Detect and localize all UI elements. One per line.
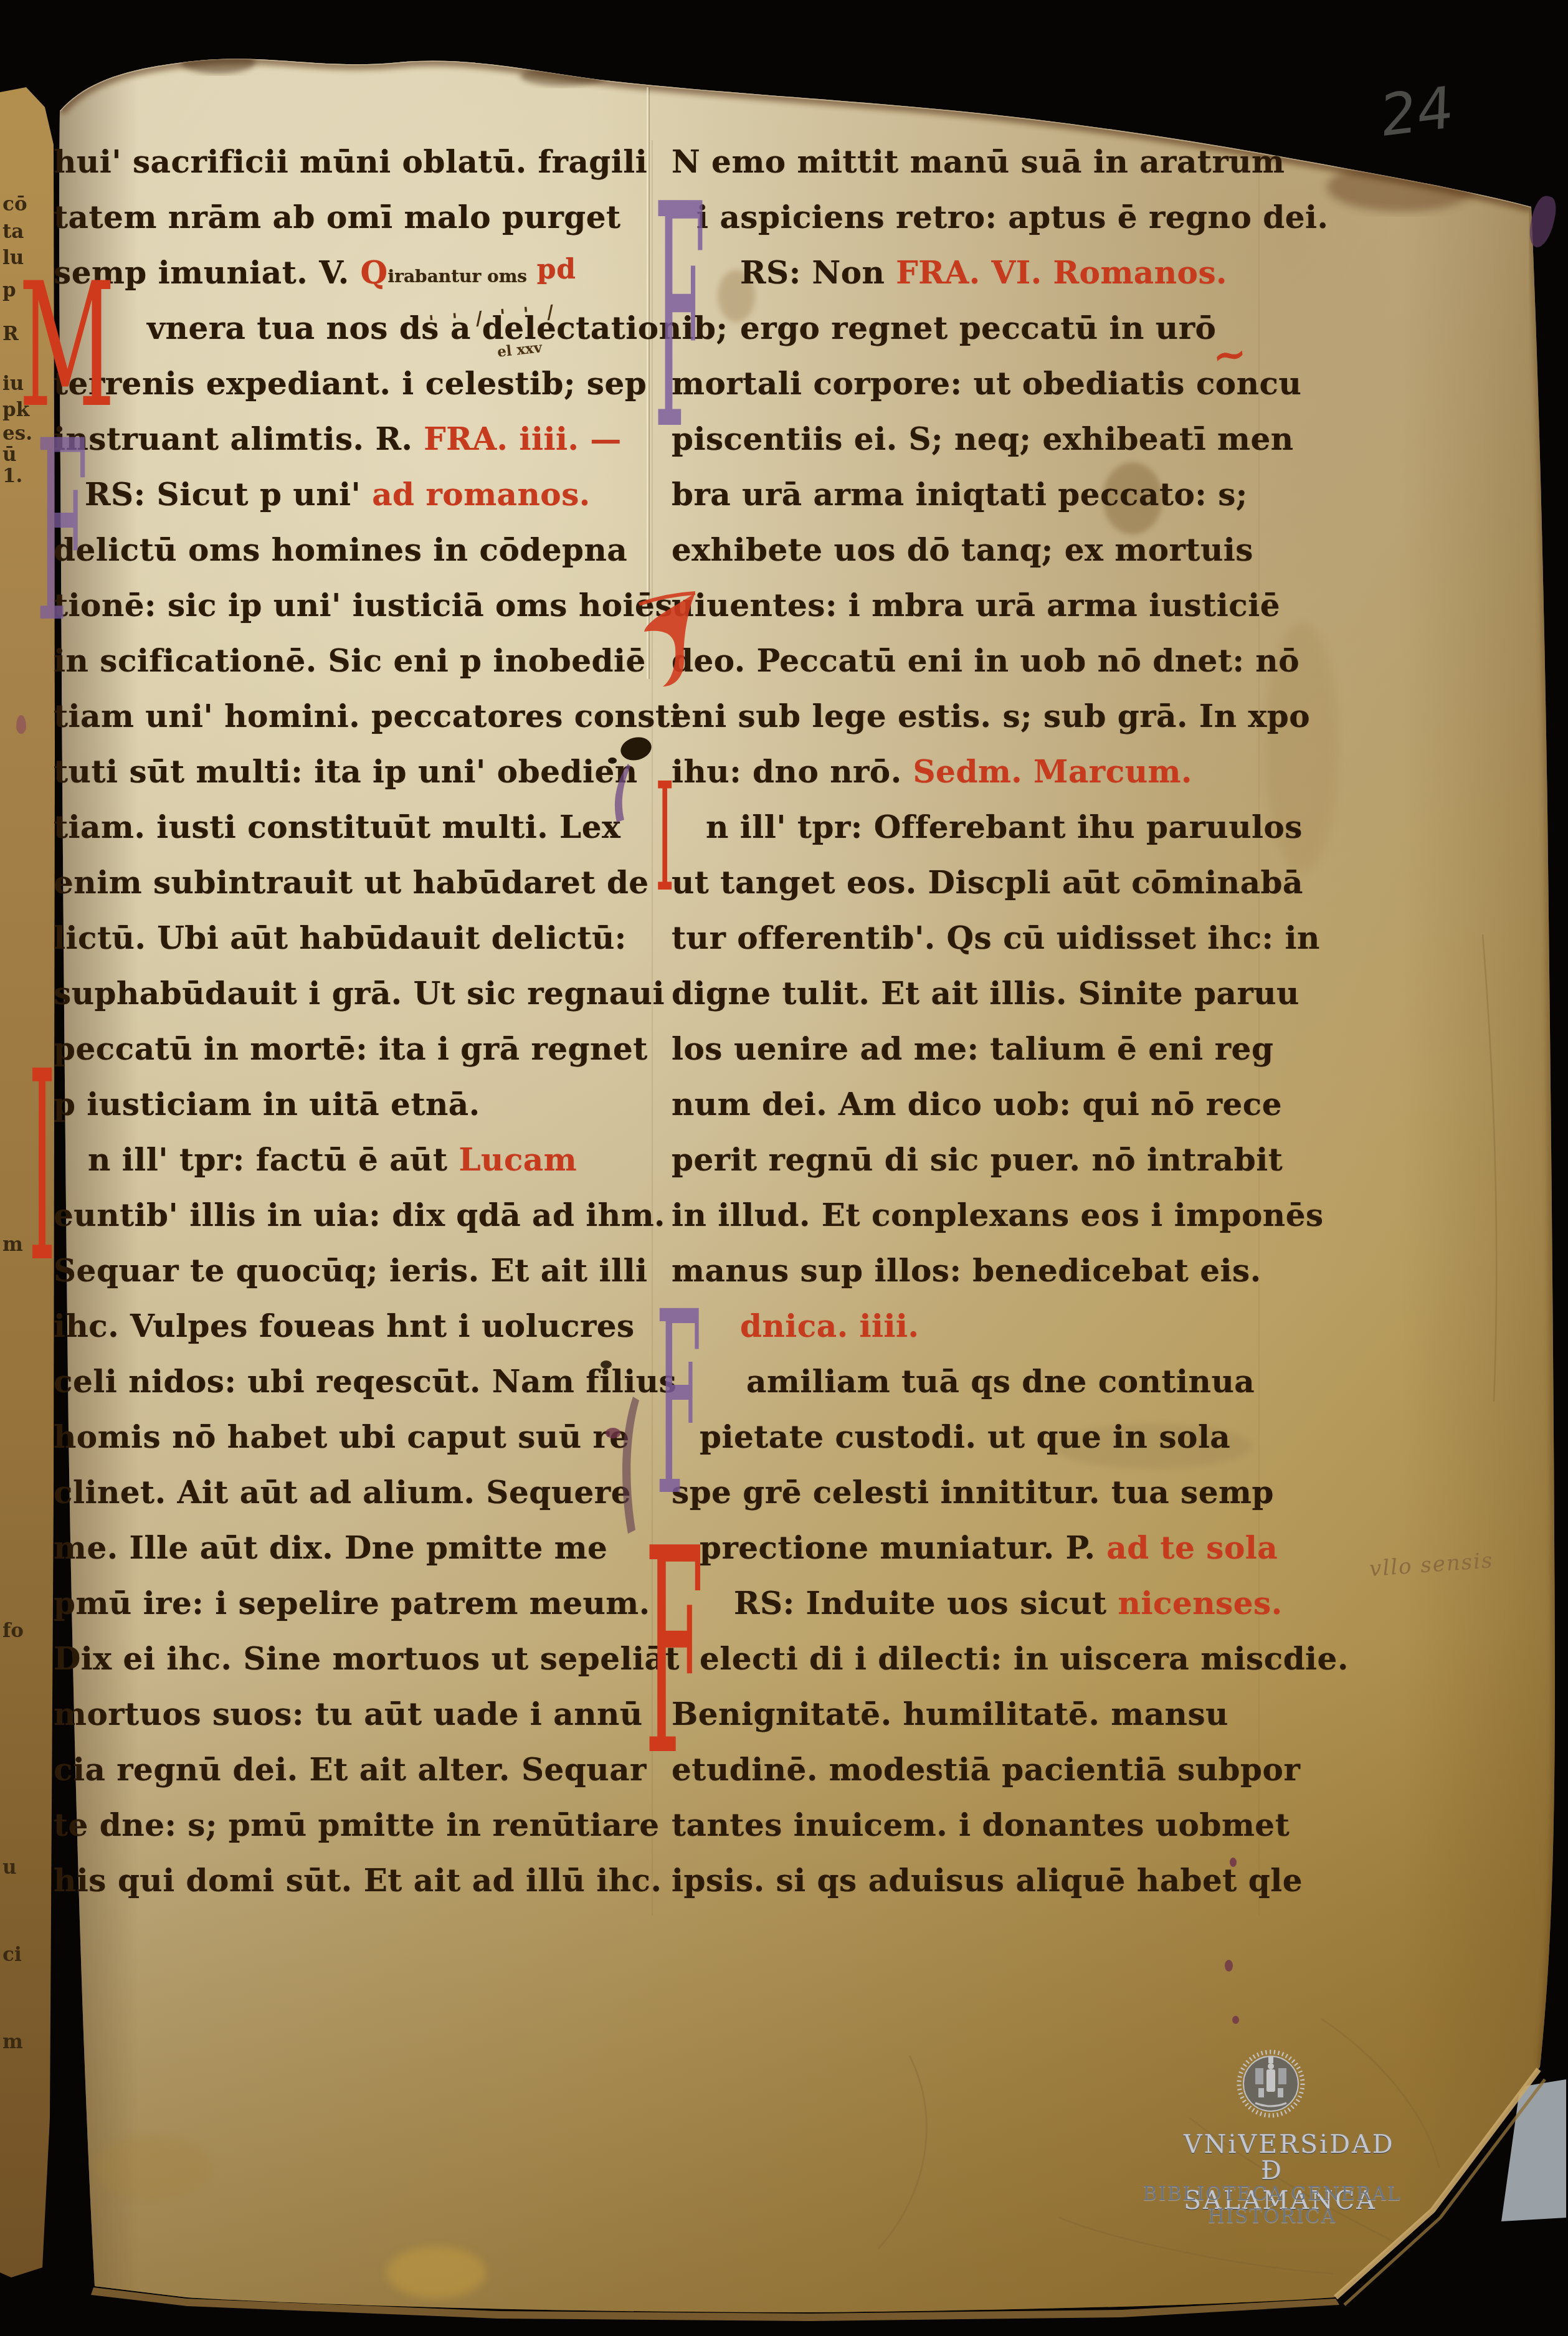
text-segment: RS: Induite uos sicut [734, 1585, 1118, 1621]
text-segment: ut tanget eos. Discpli aūt cōminabā [672, 864, 1303, 901]
text-segment: tuti sūt multi: ita ip uni' obedien [54, 753, 638, 790]
drop-initial: F [656, 1307, 701, 1504]
text-segment: p iusticiam in uitā etnā. [54, 1086, 480, 1123]
text-line: Sequar te quocūq; ieris. Et ait illi [54, 1243, 647, 1298]
text-segment: pmū ire: i sepelire patrem meum. [54, 1585, 650, 1621]
margin-mark [16, 715, 26, 734]
text-segment: tionē: sic ip uni' iusticiā oms hoiēs [54, 587, 673, 624]
text-line: in illud. Et conplexans eos i imponēs [672, 1187, 1272, 1243]
text-line: tatem nrām ab omī malo purget [54, 189, 647, 245]
text-line: euntib' illis in uia: dix qdā ad ihm. [54, 1187, 647, 1243]
ink-dot [601, 1360, 612, 1369]
text-line: bra urā arma iniqtati peccato: s; [672, 467, 1272, 522]
text-segment: mortali corpore: ut obediatis concu [672, 365, 1301, 402]
purple-comma-mark [609, 762, 632, 825]
gutter-text-fragment: m [2, 1233, 23, 1256]
text-segment: RS: Sicut p uni' [85, 476, 372, 513]
text-segment: ergo regnet peccatū in urō [740, 310, 1216, 346]
text-segment: delictū oms homines in cōdepna [54, 531, 627, 568]
gutter-text-fragment: m [2, 2031, 23, 2053]
text-segment: in illud. Et conplexans eos i imponēs [672, 1197, 1324, 1233]
text-segment: n ill' tpr: Offerebant ihu paruulos [706, 809, 1303, 845]
text-segment: piscentiis ei. S; neq; exhibeatī men [672, 420, 1294, 457]
text-segment: ihc. Vulpes foueas hnt i uolucres [54, 1308, 635, 1344]
text-segment: num dei. Am dico uob: qui nō rece [672, 1086, 1282, 1123]
text-line: electi di i dilecti: in uiscera miscdie. [672, 1631, 1272, 1686]
text-line: me. Ille aūt dix. Dne pmitte me [54, 1520, 647, 1575]
text-line: tantes inuicem. i donantes uobmet [672, 1797, 1272, 1853]
text-segment: ad romanos. [372, 476, 591, 513]
gutter-text-fragment: cō [2, 193, 27, 216]
text-line: piscentiis ei. S; neq; exhibeatī men [672, 411, 1272, 467]
manuscript-photo: cōtalupRiupkes.ū1.mfoucim hui' sacrifici… [0, 0, 1568, 2336]
text-segment: lictū. Ubi aūt habūdauit delictū: [54, 919, 627, 956]
text-line: peccatū in mortē: ita i grā regnet [54, 1021, 647, 1076]
text-segment: hui' sacrificii mūni oblatū. fragili [54, 143, 647, 180]
margin-dot [1225, 1960, 1233, 1972]
text-segment: suphabūdauit i grā. Ut sic regnaui [54, 975, 665, 1012]
text-line: Dix ei ihc. Sine mortuos ut sepeliāt [54, 1631, 647, 1686]
text-segment: uiuentes: i mbra urā arma iusticiē [672, 587, 1280, 624]
text-segment: clinet. Ait aūt ad alium. Sequere [54, 1474, 631, 1511]
text-segment: Benignitatē. humilitatē. mansu [672, 1696, 1228, 1732]
text-line: num dei. Am dico uob: qui nō rece [672, 1076, 1272, 1132]
text-line: p iusticiam in uitā etnā. [54, 1076, 647, 1132]
text-line: los uenire ad me: talium ē eni reg [672, 1021, 1272, 1076]
drop-initial: F [36, 436, 88, 630]
text-line: digne tulit. Et ait illis. Sinite paruu [672, 966, 1272, 1021]
text-line: perit regnū di sic puer. nō intrabit [672, 1132, 1272, 1187]
text-line: RS: Non FRA. VI. Romanos. [672, 245, 1272, 300]
text-segment: terrenis expediant. i celestib; sep [54, 365, 647, 402]
text-segment: pd [527, 254, 576, 285]
drop-initial: F [654, 198, 705, 439]
watermark-university-name: VNiVERSiDAD [1184, 2129, 1361, 2159]
text-line: i aspiciens retro: aptus ē regno dei. [672, 189, 1272, 245]
purple-crescent-mark [617, 1395, 642, 1536]
text-segment: los uenire ad me: talium ē eni reg [672, 1030, 1273, 1067]
text-line: tionē: sic ip uni' iusticiā oms hoiēs [54, 577, 647, 633]
text-segment: eni sub lege estis. s; sub grā. In xpo [672, 698, 1310, 734]
text-segment: perit regnū di sic puer. nō intrabit [672, 1141, 1283, 1178]
text-segment: RS: Non [740, 254, 896, 291]
margin-dot [1232, 2016, 1239, 2024]
text-segment: peccatū in mortē: ita i grā regnet [54, 1030, 648, 1067]
text-segment: euntib' illis in uia: dix qdā ad ihm. [54, 1197, 665, 1233]
text-line: ihc. Vulpes foueas hnt i uolucres [54, 1298, 647, 1354]
text-segment: mortuos suos: tu aūt uade i annū [54, 1696, 643, 1732]
text-line: cia regnū dei. Et ait alter. Sequar [54, 1742, 647, 1797]
text-segment: i aspiciens retro: aptus ē regno dei. [696, 199, 1328, 235]
text-segment: celi nidos: ubi reqescūt. Nam filius [54, 1363, 677, 1400]
folio-number: 24 [1380, 74, 1455, 150]
text-segment: N emo mittit manū suā in aratrum [672, 143, 1285, 180]
text-segment: te dne: s; pmū pmitte in renūtiare [54, 1807, 659, 1843]
gutter-text-fragment: p [2, 279, 16, 301]
gutter-text-fragment: fo [2, 1620, 24, 1642]
text-line: Benignitatē. humilitatē. mansu [672, 1686, 1272, 1742]
text-segment: Q [361, 254, 388, 291]
text-line: N emo mittit manū suā in aratrum [672, 134, 1272, 189]
text-segment: tiam. iusti constituūt multi. Lex [54, 809, 620, 845]
text-line: his qui domi sūt. Et ait ad illū ihc. [54, 1853, 647, 1908]
text-line: exhibete uos dō tanq; ex mortuis [672, 522, 1272, 577]
text-line: pmū ire: i sepelire patrem meum. [54, 1575, 647, 1631]
text-segment: manus sup illos: benedicebat eis. [672, 1252, 1262, 1289]
text-segment: spe grē celesti innititur. tua semp [672, 1474, 1274, 1511]
text-line: homis nō habet ubi caput suū re [54, 1409, 647, 1465]
text-line: ihu: dno nrō. Sedm. Marcum. [672, 744, 1272, 799]
text-segment: enim subintrauit ut habūdaret de [54, 864, 649, 901]
margin-dot [1230, 1858, 1237, 1867]
right-text-column: N emo mittit manū suā in aratrumi aspici… [672, 134, 1272, 1908]
text-line: tiam. iusti constituūt multi. Lex [54, 799, 647, 855]
text-line: hui' sacrificii mūni oblatū. fragili [54, 134, 647, 189]
university-seal-icon [1237, 2049, 1305, 2118]
text-segment: nicenses. [1118, 1585, 1283, 1621]
text-line: pietate custodi. ut que in sola [672, 1409, 1272, 1465]
text-line: eni sub lege estis. s; sub grā. In xpo [672, 688, 1272, 744]
text-line: etudinē. modestiā pacientiā subpor [672, 1742, 1272, 1797]
text-segment: prectione muniatur. P. [700, 1529, 1106, 1566]
text-segment: FRA. iiii. — [424, 420, 621, 457]
text-segment: homis nō habet ubi caput suū re [54, 1418, 630, 1455]
text-line: deo. Peccatū eni in uob nō dnet: nō [672, 633, 1272, 688]
text-segment: etudinē. modestiā pacientiā subpor [672, 1751, 1300, 1788]
text-line: ipsis. si qs aduisus aliquē habet qle [672, 1853, 1272, 1908]
text-line: tur offerentib'. Qs cū uidisset ihc: in [672, 910, 1272, 966]
text-segment: Sequar te quocūq; ieris. Et ait illi [54, 1252, 648, 1289]
drop-initial: F [645, 1544, 704, 1765]
text-segment: pietate custodi. ut que in sola [700, 1418, 1230, 1455]
text-line: semp imuniat. V. Qirabantur oms pd [54, 245, 647, 300]
text-line: terrenis expediant. i celestib; sep [54, 356, 647, 411]
text-line: manus sup illos: benedicebat eis. [672, 1243, 1272, 1298]
text-segment: Dix ei ihc. Sine mortuos ut sepeliāt [54, 1640, 680, 1677]
text-segment: tur offerentib'. Qs cū uidisset ihc: in [672, 919, 1320, 956]
text-line: delictū oms homines in cōdepna [54, 522, 647, 577]
text-segment: ad te sola [1106, 1529, 1278, 1566]
text-segment: in scificationē. Sic eni p inobediē [54, 642, 646, 679]
text-line: clinet. Ait aūt ad alium. Sequere [54, 1465, 647, 1520]
text-line: ut tanget eos. Discpli aūt cōminabā [672, 855, 1272, 910]
text-line: mortali corpore: ut obediatis concu [672, 356, 1272, 411]
watermark-library-name: BIBLIOTECA GENERAL HISTÓRICA [1098, 2183, 1447, 2228]
gutter-text-fragment: ū [2, 444, 17, 466]
text-line: RS: Sicut p uni' ad romanos. [54, 467, 647, 522]
text-line: amiliam tuā qs dne continua [672, 1354, 1272, 1409]
left-text-column: hui' sacrificii mūni oblatū. fragilitate… [54, 134, 647, 1908]
text-segment: tatem nrām ab omī malo purget [54, 199, 621, 235]
text-line: suphabūdauit i grā. Ut sic regnaui [54, 966, 647, 1021]
text-segment: electi di i dilecti: in uiscera miscdie. [700, 1640, 1349, 1677]
text-line: te dne: s; pmū pmitte in renūtiare [54, 1797, 647, 1853]
text-segment: tantes inuicem. i donantes uobmet [672, 1807, 1290, 1843]
gutter-text-fragment: ta [2, 221, 24, 243]
text-segment: tiam uni' homini. peccatores consti [54, 698, 682, 734]
text-line: lictū. Ubi aūt habūdauit delictū: [54, 910, 647, 966]
text-segment: deo. Peccatū eni in uob nō dnet: nō [672, 642, 1300, 679]
text-line: prectione muniatur. P. ad te sola [672, 1520, 1272, 1575]
gutter-text-fragment: R [2, 323, 19, 345]
gutter-text-fragment: 1. [2, 465, 22, 487]
text-line: tuti sūt multi: ita ip uni' obedien [54, 744, 647, 799]
text-segment: me. Ille aūt dix. Dne pmitte me [54, 1529, 607, 1566]
text-line: mortuos suos: tu aūt uade i annū [54, 1686, 647, 1742]
text-line: ergo regnet peccatū in urō [672, 300, 1272, 356]
gutter-text-fragment: u [2, 1856, 17, 1879]
text-segment: Lucam [459, 1141, 577, 1178]
text-line: n ill' tpr: Offerebant ihu paruulos [672, 799, 1272, 855]
text-segment: dnica. iiii. [740, 1308, 919, 1344]
text-segment: exhibete uos dō tanq; ex mortuis [672, 531, 1253, 568]
text-segment: cia regnū dei. Et ait alter. Sequar [54, 1751, 647, 1788]
text-line: uiuentes: i mbra urā arma iusticiē [672, 577, 1272, 633]
text-line: enim subintrauit ut habūdaret de [54, 855, 647, 910]
drop-initial: I [29, 1066, 55, 1271]
text-segment: n ill' tpr: factū ē aūt [88, 1141, 459, 1178]
text-segment: FRA. VI. Romanos. [896, 254, 1227, 291]
text-line: in scificationē. Sic eni p inobediē [54, 633, 647, 688]
text-segment: digne tulit. Et ait illis. Sinite paruu [672, 975, 1300, 1012]
text-segment: ihu: dno nrō. [672, 753, 913, 790]
text-segment: bra urā arma iniqtati peccato: s; [672, 476, 1248, 513]
text-segment: ipsis. si qs aduisus aliquē habet qle [672, 1862, 1303, 1899]
text-segment: irabantur oms [388, 266, 527, 287]
drop-initial: I [655, 780, 674, 896]
text-segment: amiliam tuā qs dne continua [746, 1363, 1255, 1400]
interlinear-text: ~ [1209, 328, 1249, 381]
text-line: RS: Induite uos sicut nicenses. [672, 1575, 1272, 1631]
text-line: n ill' tpr: factū ē aūt Lucam [54, 1132, 647, 1187]
text-line: tiam uni' homini. peccatores consti [54, 688, 647, 744]
text-line: spe grē celesti innititur. tua semp [672, 1465, 1272, 1520]
text-segment: his qui domi sūt. Et ait ad illū ihc. [54, 1862, 662, 1899]
text-line: instruant alimtis. R. FRA. iiii. — [54, 411, 647, 467]
text-line: dnica. iiii. [672, 1298, 1272, 1354]
red-flourish-mark [638, 591, 700, 696]
gutter-text-fragment: ci [2, 1944, 22, 1966]
text-segment: Sedm. Marcum. [913, 753, 1192, 790]
text-line: celi nidos: ubi reqescūt. Nam filius [54, 1354, 647, 1409]
